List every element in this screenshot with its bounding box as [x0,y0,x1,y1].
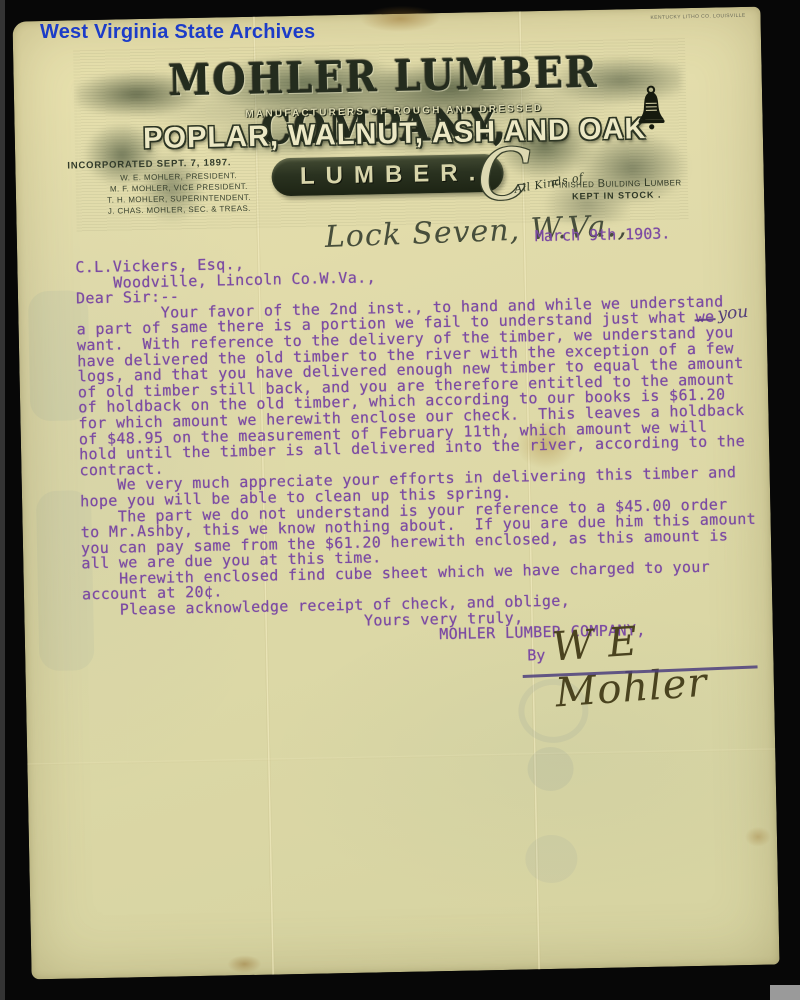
scan-background: KENTUCKY LITHO CO. LOUISVILLE MOHLER LUM… [0,0,800,1000]
lumber-log-banner: LUMBER. [271,154,504,197]
handwritten-correction: you [717,302,749,325]
paper-stain [745,827,771,848]
bleed-through-mark [527,746,574,791]
long-distance-telephone-bell-icon [634,84,669,135]
printer-imprint: KENTUCKY LITHO CO. LOUISVILLE [650,13,745,21]
letter-body: C.L.Vickers, Esq., Woodville, Lincoln Co… [75,247,758,650]
officers-list: W. E. MOHLER, PRESIDENT. M. F. MOHLER, V… [74,169,285,217]
letter-date: March 9th 1903. [535,224,671,245]
scan-edge-strip [0,0,5,1000]
bleed-through-mark [525,834,578,883]
signature-by-label: By [527,646,545,664]
ornament-c: C [477,139,532,210]
fold-crease-horizontal [27,748,775,765]
letter-paper: KENTUCKY LITHO CO. LOUISVILLE MOHLER LUM… [12,7,779,980]
paper-stain [360,5,441,33]
scan-corner-artifact [770,985,800,1000]
paper-stain [227,955,261,974]
archive-watermark-label: West Virginia State Archives [40,21,315,44]
lumber-log-label: LUMBER. [289,159,487,191]
signature-script: W E Mohler [550,609,776,717]
stock-line-2: KEPT IN STOCK . [572,190,662,202]
